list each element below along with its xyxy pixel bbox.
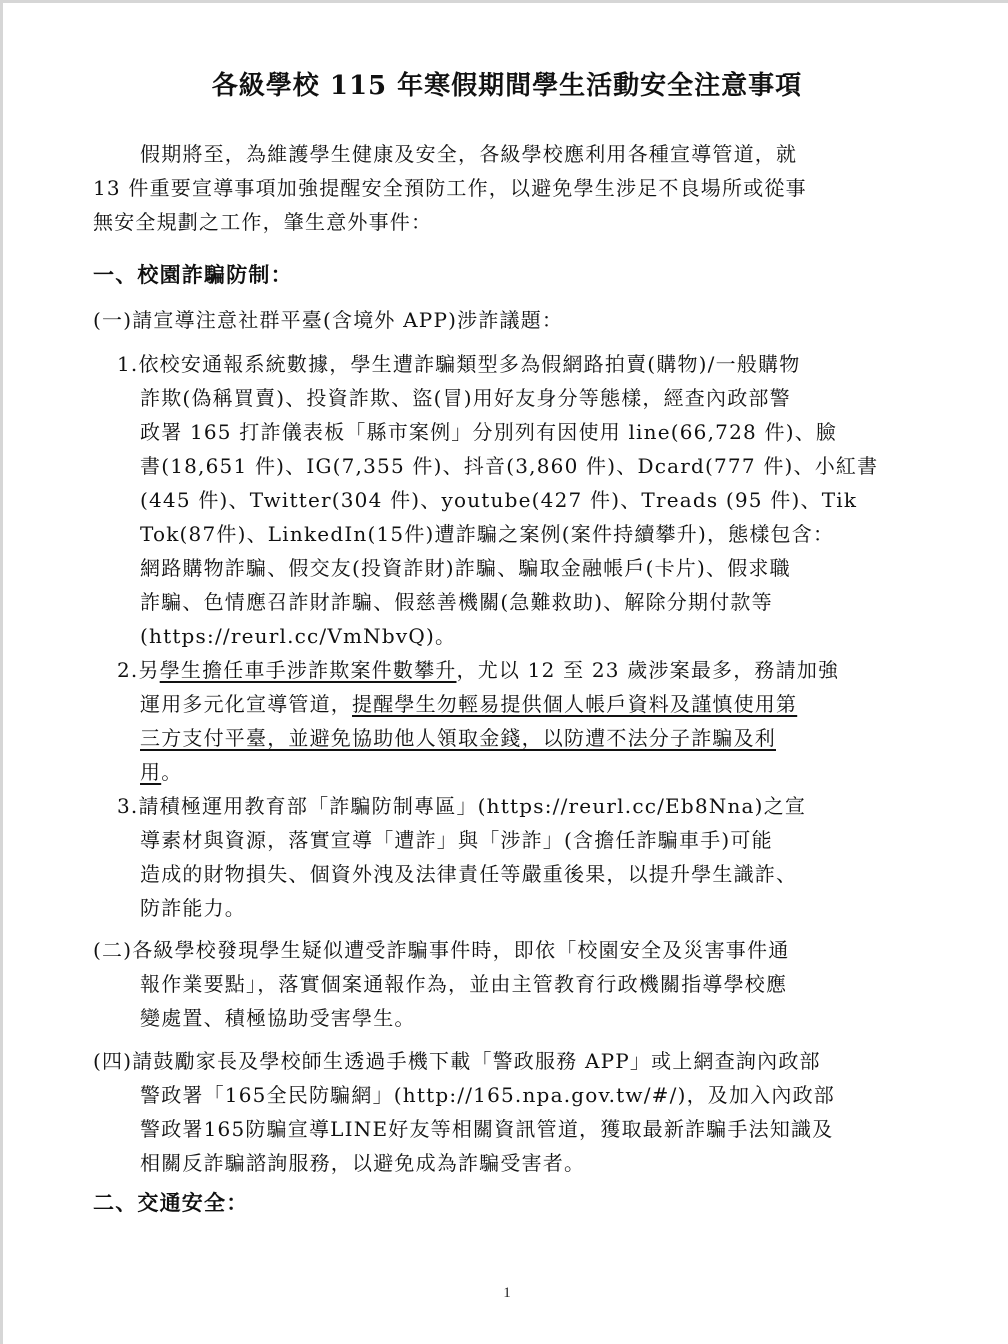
- list-item-line: 2.另學生擔任車手涉詐欺案件數攀升，尤以 12 至 23 歲涉案最多，務請加強: [117, 656, 839, 684]
- subsection-line: 變處置、積極協助受害學生。: [140, 1004, 416, 1032]
- text-run: 。: [161, 760, 182, 784]
- list-item-line: 網路購物詐騙、假交友(投資詐財)詐騙、騙取金融帳戶(卡片)、假求職: [140, 554, 791, 582]
- list-item-line: 詐騙、色情應召詐財詐騙、假慈善機關(急難救助)、解除分期付款等: [140, 588, 773, 616]
- section-heading-fraud-prevention: 一、校園詐騙防制：: [93, 261, 293, 289]
- subsection-line: 警政署165防騙宣導LINE好友等相關資訊管道，獲取最新詐騙手法知識及: [140, 1115, 833, 1143]
- text-run: 運用多元化宣導管道，: [140, 692, 352, 716]
- subsection-line: (四)請鼓勵家長及學校師生透過手機下載「警政服務 APP」或上網查詢內政部: [93, 1047, 821, 1075]
- subsection-line: 報作業要點」，落實個案通報作為，並由主管教育行政機關指導學校應: [140, 970, 787, 998]
- document-page: 各級學校 115 年寒假期間學生活動安全注意事項 假期將至，為維護學生健康及安全…: [0, 0, 1008, 1344]
- subsection-line: (二)各級學校發現學生疑似遭受詐騙事件時，即依「校園安全及災害事件通: [93, 936, 789, 964]
- list-item-line: (https://reurl.cc/VmNbvQ)。: [140, 622, 456, 650]
- page-number: 1: [3, 1285, 1008, 1302]
- section-heading-traffic-safety: 二、交通安全：: [93, 1189, 248, 1217]
- list-item-line: 造成的財物損失、個資外洩及法律責任等嚴重後果，以提升學生識詐、: [140, 860, 797, 888]
- subsection-line: 警政署「165全民防騙網」(http://165.npa.gov.tw/#/)，…: [140, 1081, 835, 1109]
- list-item-line: 1.依校安通報系統數據，學生遭詐騙類型多為假網路拍賣(購物)/一般購物: [117, 350, 800, 378]
- text-run: 2.另: [117, 658, 160, 682]
- list-item-line: 書(18,651 件)、IG(7,355 件)、抖音(3,860 件)、Dcar…: [140, 452, 878, 480]
- underlined-text: 用: [140, 760, 161, 784]
- list-item-line: 三方支付平臺，並避免協助他人領取金錢，以防遭不法分子詐騙及利: [140, 724, 776, 752]
- document-title: 各級學校 115 年寒假期間學生活動安全注意事項: [3, 65, 1008, 102]
- subsection-label: (一)請宣導注意社群平臺(含境外 APP)涉詐議題：: [93, 306, 563, 334]
- list-item-line: 政署 165 打詐儀表板「縣市案例」分別列有因使用 line(66,728 件)…: [140, 418, 837, 446]
- list-item-line: 運用多元化宣導管道，提醒學生勿輕易提供個人帳戶資料及謹慎使用第: [140, 690, 797, 718]
- intro-line: 假期將至，為維護學生健康及安全，各級學校應利用各種宣導管道，就: [140, 140, 797, 168]
- intro-line: 13 件重要宣導事項加強提醒安全預防工作，以避免學生涉足不良場所或從事: [93, 174, 807, 202]
- list-item-line: 防詐能力。: [140, 894, 246, 922]
- underlined-text: 提醒學生勿輕易提供個人帳戶資料及謹慎使用第: [352, 692, 797, 716]
- text-run: ，尤以 12 至 23 歲涉案最多，務請加強: [457, 658, 840, 682]
- list-item-line: 詐欺(偽稱買賣)、投資詐欺、盜(冒)用好友身分等態樣，經查內政部警: [140, 384, 791, 412]
- underlined-text: 三方支付平臺，並避免協助他人領取金錢，以防遭不法分子詐騙及利: [140, 726, 776, 750]
- list-item-line: (445 件)、Twitter(304 件)、youtube(427 件)、Tr…: [140, 486, 857, 514]
- list-item-line: 3.請積極運用教育部「詐騙防制專區」(https://reurl.cc/Eb8N…: [117, 792, 806, 820]
- list-item-line: 導素材與資源，落實宣導「遭詐」與「涉詐」(含擔任詐騙車手)可能: [140, 826, 773, 854]
- list-item-line: Tok(87件)、LinkedIn(15件)遭詐騙之案例(案件持續攀升)，態樣包…: [140, 520, 834, 548]
- underlined-text: 學生擔任車手涉詐欺案件數攀升: [160, 658, 457, 682]
- subsection-line: 相關反詐騙諮詢服務，以避免成為詐騙受害者。: [140, 1149, 585, 1177]
- list-item-line: 用。: [140, 758, 182, 786]
- intro-line: 無安全規劃之工作，肇生意外事件：: [93, 208, 432, 236]
